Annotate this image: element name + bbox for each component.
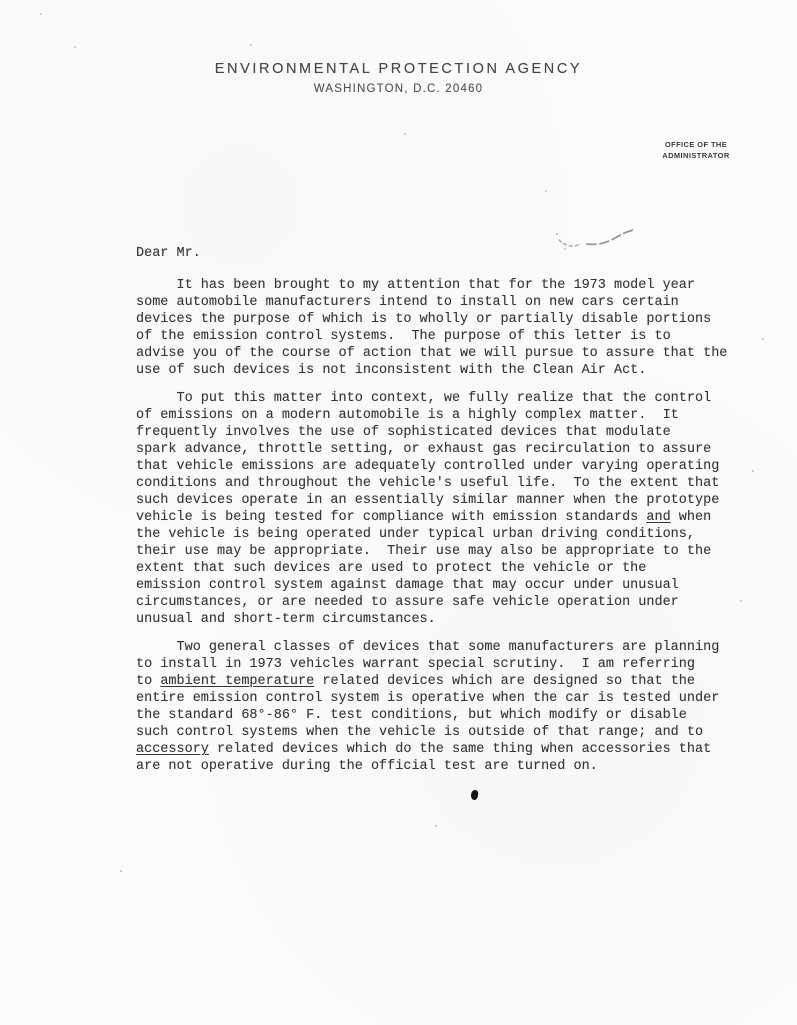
- underlined-phrase: accessory: [136, 742, 209, 757]
- letter-paragraph: It has been brought to my attention that…: [136, 277, 776, 379]
- paragraph-text: related devices which do the same thing …: [136, 742, 711, 774]
- scan-speck: [250, 44, 252, 46]
- office-line-2: ADMINISTRATOR: [636, 150, 756, 161]
- pen-squiggle-mark: [545, 214, 650, 254]
- scan-speck: [435, 825, 437, 827]
- paragraph-text: It has been brought to my attention that…: [136, 278, 727, 378]
- scan-speck: [404, 133, 406, 135]
- letter-paragraph: Two general classes of devices that some…: [136, 639, 776, 775]
- letterhead-address: WASHINGTON, D.C. 20460: [0, 83, 797, 95]
- letter-paragraph: To put this matter into context, we full…: [136, 390, 776, 628]
- letterhead-office-block: OFFICE OF THE ADMINISTRATOR: [636, 139, 756, 161]
- scan-speck: [40, 13, 42, 15]
- salutation: Dear Mr.: [136, 246, 201, 261]
- ink-blot-mark: [470, 790, 478, 801]
- underlined-phrase: and: [646, 510, 670, 525]
- paragraph-text: To put this matter into context, we full…: [136, 391, 719, 525]
- scan-speck: [545, 190, 547, 192]
- letter-body: It has been brought to my attention that…: [136, 277, 776, 786]
- scan-speck: [762, 338, 764, 340]
- paragraph-text: when the vehicle is being operated under…: [136, 510, 711, 627]
- office-line-1: OFFICE OF THE: [636, 139, 756, 150]
- scan-speck: [752, 470, 754, 472]
- scan-speck: [74, 46, 76, 48]
- scanned-letter-page: ENVIRONMENTAL PROTECTION AGENCY WASHINGT…: [0, 0, 797, 1025]
- letterhead-agency-name: ENVIRONMENTAL PROTECTION AGENCY: [0, 61, 797, 77]
- scan-speck: [120, 870, 122, 872]
- underlined-phrase: ambient temperature: [160, 674, 314, 689]
- scan-speck: [740, 600, 742, 602]
